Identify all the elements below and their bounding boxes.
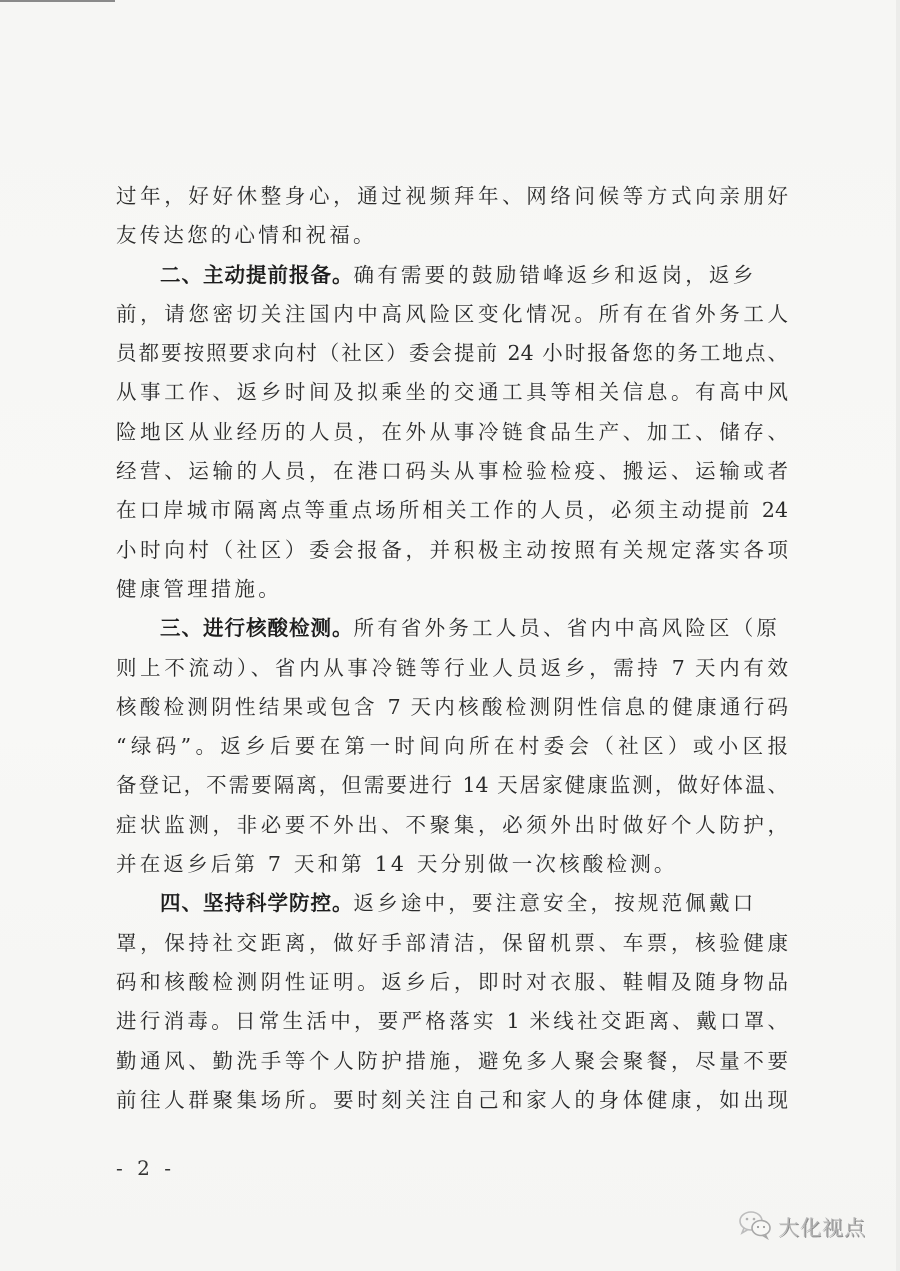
scan-edge-line: [0, 0, 115, 2]
text-line: 前往人群聚集场所。要时刻关注自己和家人的身体健康，如出现: [116, 1081, 788, 1120]
scan-edge-right: [896, 0, 900, 1271]
section-heading-2: 二、主动提前报备。: [160, 263, 354, 287]
watermark: 大化视点: [738, 1210, 866, 1244]
text-line: 在口岸城市隔离点等重点场所相关工作的人员，必须主动提前 24: [116, 491, 788, 530]
text-line: 健康管理措施。: [116, 570, 788, 609]
watermark-text: 大化视点: [778, 1212, 866, 1242]
text-run: 返乡途中，要注意安全，按规范佩戴口: [354, 891, 757, 915]
text-line: 罩，保持社交距离，做好手部清洁，保留机票、车票，核验健康: [116, 924, 788, 963]
text-line: 并在返乡后第 7 天和第 14 天分别做一次核酸检测。: [116, 845, 788, 884]
text-line: 险地区从业经历的人员，在外从事冷链食品生产、加工、储存、: [116, 413, 788, 452]
text-line: 友传达您的心情和祝福。: [116, 216, 788, 255]
document-page: 过年，好好休整身心，通过视频拜年、网络问候等方式向亲朋好 友传达您的心情和祝福。…: [0, 0, 900, 1271]
paragraph-first-line: 二、主动提前报备。确有需要的鼓励错峰返乡和返岗，返乡: [116, 256, 788, 295]
text-run: 所有省外务工人员、省内中高风险区（原: [354, 616, 781, 640]
text-line: 码和核酸检测阴性证明。返乡后，即时对衣服、鞋帽及随身物品: [116, 963, 788, 1002]
section-heading-3: 三、进行核酸检测。: [160, 616, 354, 640]
text-line: 核酸检测阴性结果或包含 7 天内核酸检测阴性信息的健康通行码: [116, 688, 788, 727]
text-line: 勤通风、勤洗手等个人防护措施，避免多人聚会聚餐，尽量不要: [116, 1042, 788, 1081]
wechat-icon: [738, 1210, 772, 1244]
text-line: “绿码”。返乡后要在第一时间向所在村委会（社区）或小区报: [116, 727, 788, 766]
section-heading-4: 四、坚持科学防控。: [160, 891, 354, 915]
paragraph-first-line: 四、坚持科学防控。返乡途中，要注意安全，按规范佩戴口: [116, 884, 788, 923]
paragraph-first-line: 三、进行核酸检测。所有省外务工人员、省内中高风险区（原: [116, 609, 788, 648]
text-line: 进行消毒。日常生活中，要严格落实 1 米线社交距离、戴口罩、: [116, 1002, 788, 1041]
text-line: 小时向村（社区）委会报备，并积极主动按照有关规定落实各项: [116, 531, 788, 570]
text-line: 则上不流动）、省内从事冷链等行业人员返乡，需持 7 天内有效: [116, 649, 788, 688]
text-line: 过年，好好休整身心，通过视频拜年、网络问候等方式向亲朋好: [116, 177, 788, 216]
text-line: 症状监测，非必要不外出、不聚集，必须外出时做好个人防护，: [116, 806, 788, 845]
text-line: 从事工作、返乡时间及拟乘坐的交通工具等相关信息。有高中风: [116, 373, 788, 412]
page-number: - 2 -: [116, 1156, 175, 1180]
text-line: 经营、运输的人员，在港口码头从事检验检疫、搬运、运输或者: [116, 452, 788, 491]
text-run: 确有需要的鼓励错峰返乡和返岗，返乡: [354, 263, 757, 287]
document-body: 过年，好好休整身心，通过视频拜年、网络问候等方式向亲朋好 友传达您的心情和祝福。…: [116, 177, 788, 1120]
text-line: 备登记，不需要隔离，但需要进行 14 天居家健康监测，做好体温、: [116, 766, 788, 805]
text-line: 前，请您密切关注国内中高风险区变化情况。所有在省外务工人: [116, 295, 788, 334]
text-line: 员都要按照要求向村（社区）委会提前 24 小时报备您的务工地点、: [116, 334, 788, 373]
